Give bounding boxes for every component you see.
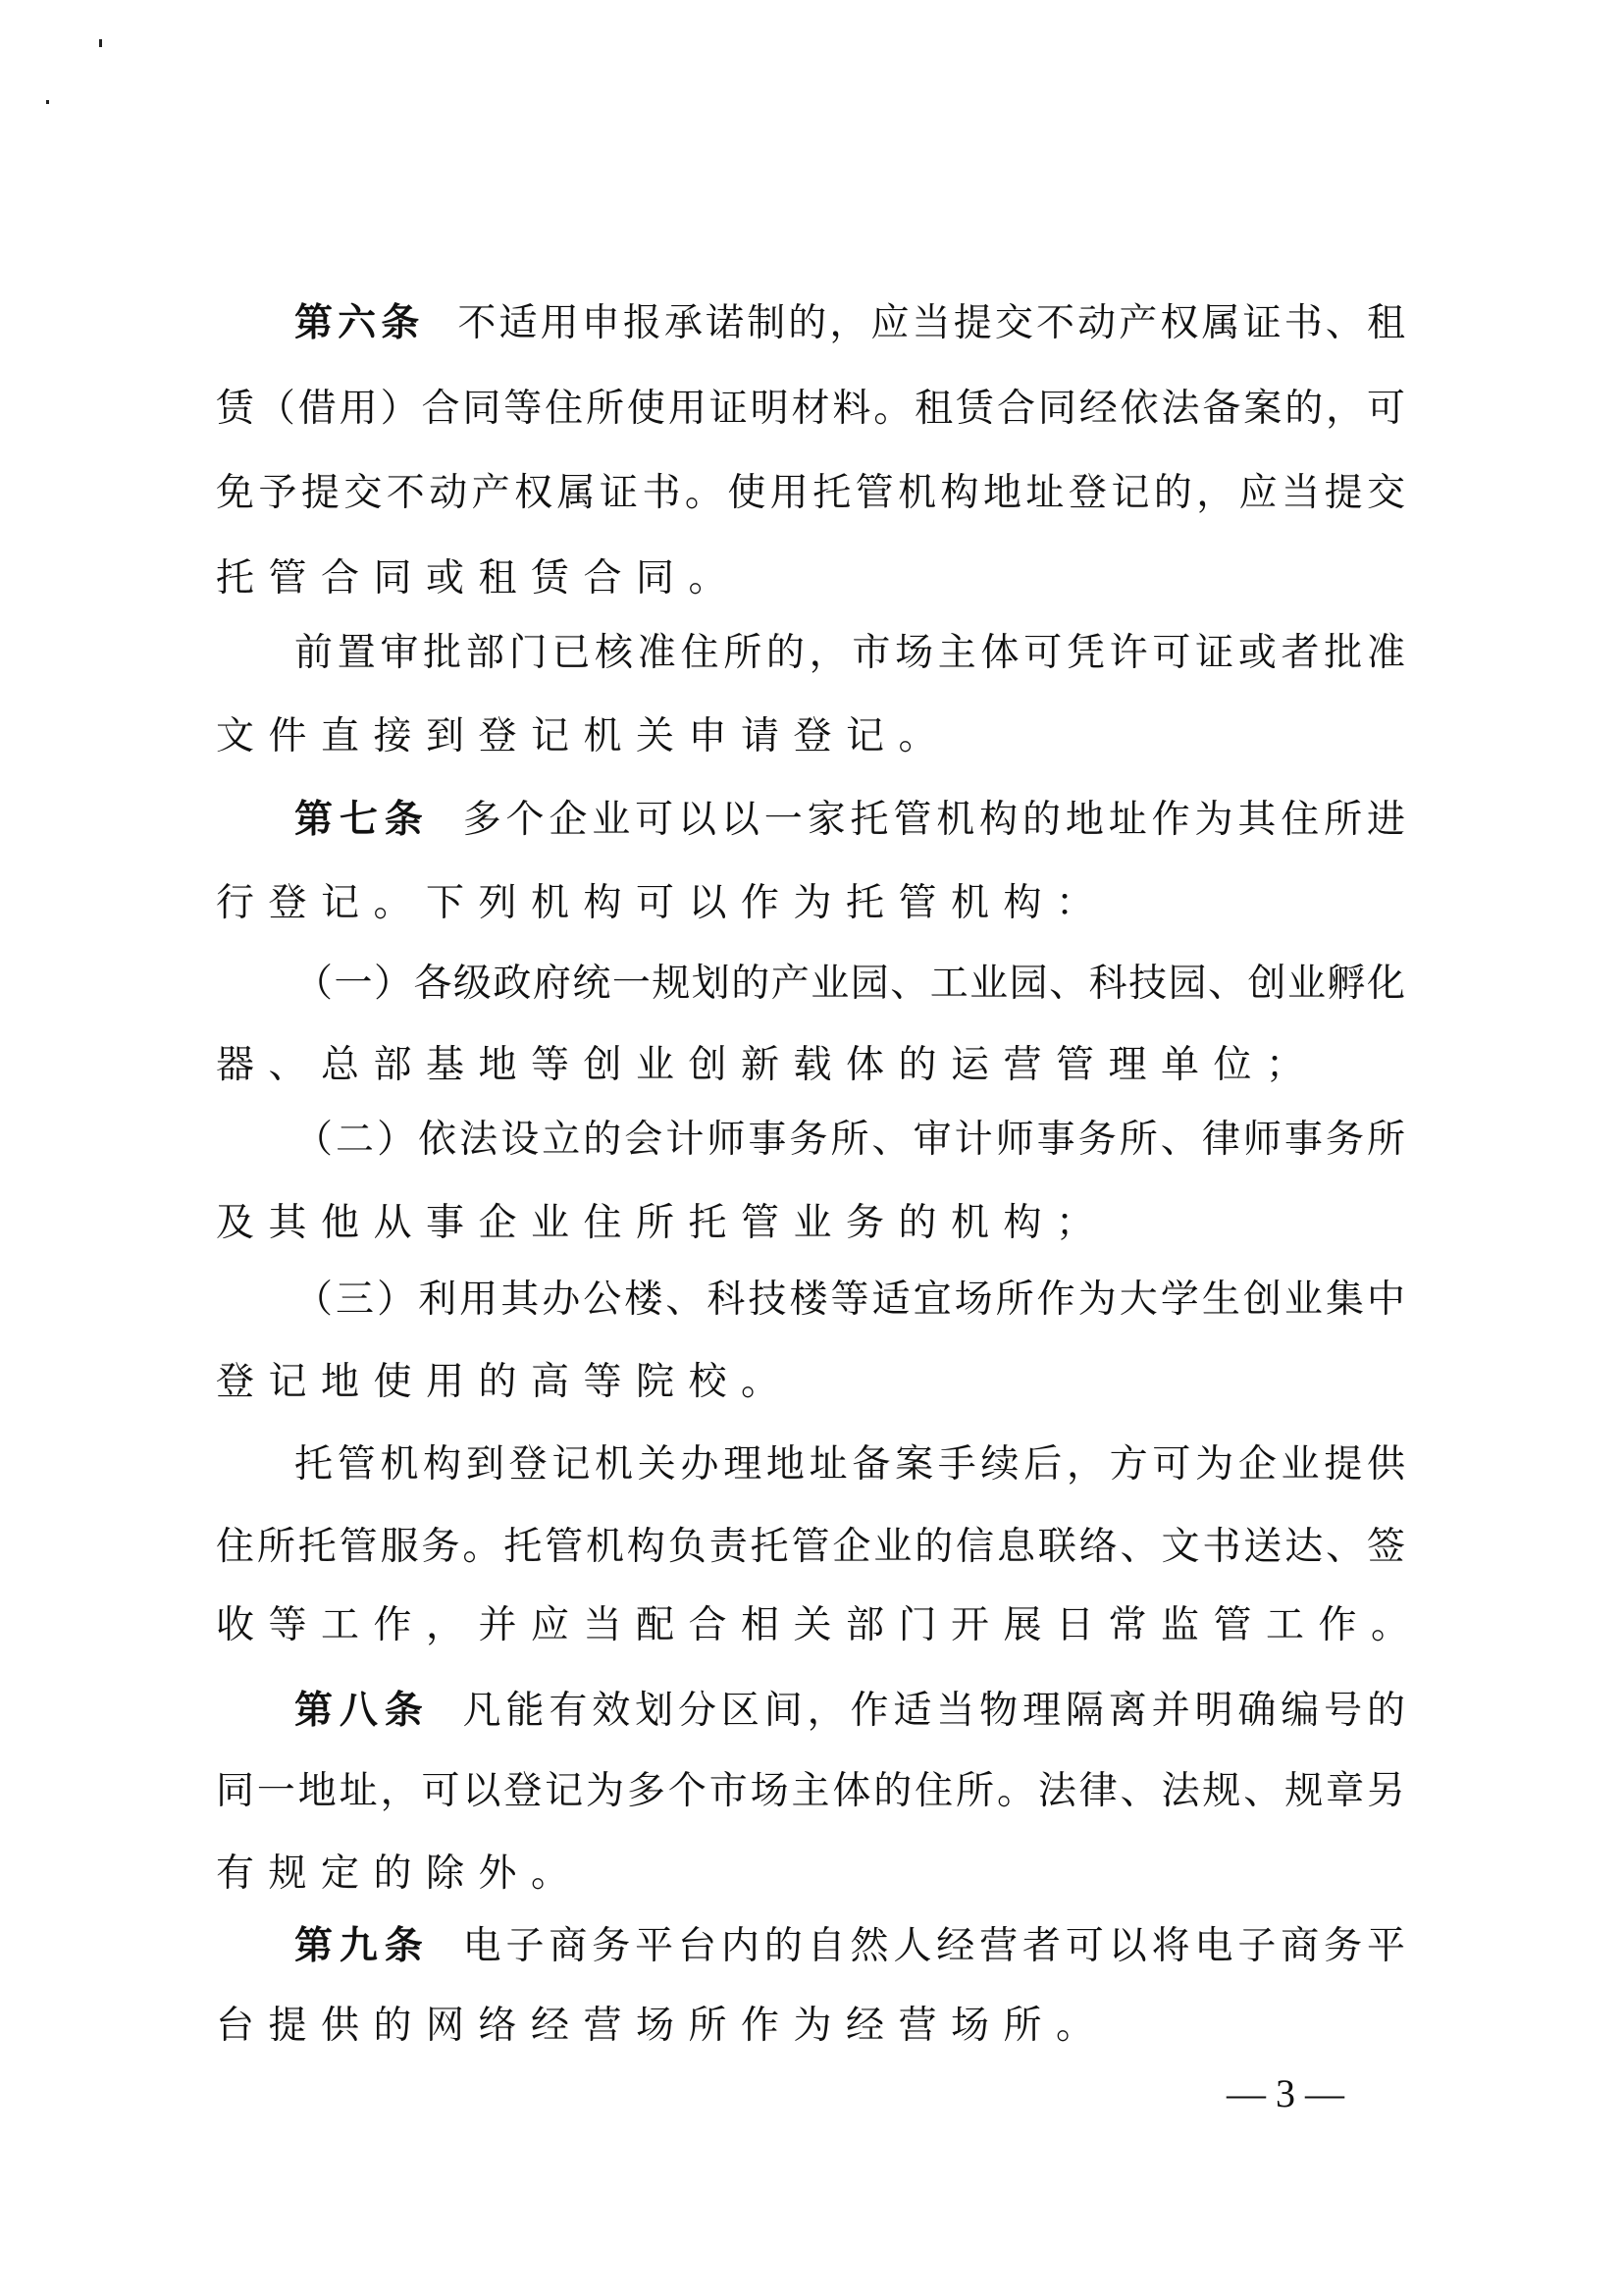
scan-speck: [99, 39, 102, 47]
article-8-line-3: 有规定的除外。: [216, 1852, 1405, 1897]
article-7-item-2-line-2: 及其他从事企业住所托管业务的机构；: [216, 1201, 1405, 1246]
article-6-para-2-line-2: 文件直接到登记机关申请登记。: [216, 714, 1405, 759]
article-7-para-line-1: 托管机构到登记机关办理地址备案手续后，方可为企业提供: [294, 1442, 1405, 1487]
document-page: 第六条不适用申报承诺制的，应当提交不动产权属证书、租 赁（借用）合同等住所使用证…: [0, 0, 1623, 2296]
article-7-line-2: 行登记。下列机构可以作为托管机构：: [216, 881, 1405, 926]
article-heading: 第六条: [294, 301, 424, 345]
article-heading: 第九条: [294, 1924, 430, 1968]
article-7-item-1-line-2: 器、总部基地等创业创新载体的运营管理单位；: [216, 1043, 1405, 1088]
article-6-line-1: 第六条不适用申报承诺制的，应当提交不动产权属证书、租: [294, 301, 1405, 346]
article-6-para-2-line-1: 前置审批部门已核准住所的，市场主体可凭许可证或者批准: [294, 631, 1405, 676]
article-7-para-line-2: 住所托管服务。托管机构负责托管企业的信息联络、文书送达、签: [216, 1525, 1405, 1570]
article-6-line-2: 赁（借用）合同等住所使用证明材料。租赁合同经依法备案的，可: [216, 387, 1405, 432]
article-7-item-2-line-1: （二）依法设立的会计师事务所、审计师事务所、律师事务所: [294, 1118, 1405, 1163]
article-8-line-1: 第八条凡能有效划分区间，作适当物理隔离并明确编号的: [294, 1689, 1405, 1734]
article-7-para-line-3: 收等工作，并应当配合相关部门开展日常监管工作。: [216, 1603, 1405, 1648]
article-9-line-2: 台提供的网络经营场所作为经营场所。: [216, 2004, 1405, 2049]
article-7-item-1-line-1: （一）各级政府统一规划的产业园、工业园、科技园、创业孵化: [294, 962, 1405, 1007]
article-heading: 第七条: [294, 798, 430, 842]
article-7-item-3-line-1: （三）利用其办公楼、科技楼等适宜场所作为大学生创业集中: [294, 1278, 1405, 1323]
page-number: — 3 —: [1227, 2072, 1344, 2115]
scan-speck: [46, 100, 49, 104]
article-7-line-1: 第七条多个企业可以以一家托管机构的地址作为其住所进: [294, 798, 1405, 843]
article-6-line-3: 免予提交不动产权属证书。使用托管机构地址登记的，应当提交: [216, 471, 1405, 516]
article-9-line-1: 第九条电子商务平台内的自然人经营者可以将电子商务平: [294, 1924, 1405, 1969]
article-heading: 第八条: [294, 1689, 430, 1733]
article-8-line-2: 同一地址，可以登记为多个市场主体的住所。法律、法规、规章另: [216, 1769, 1405, 1814]
article-6-line-4: 托管合同或租赁合同。: [216, 556, 1405, 601]
article-7-item-3-line-2: 登记地使用的高等院校。: [216, 1360, 1405, 1405]
